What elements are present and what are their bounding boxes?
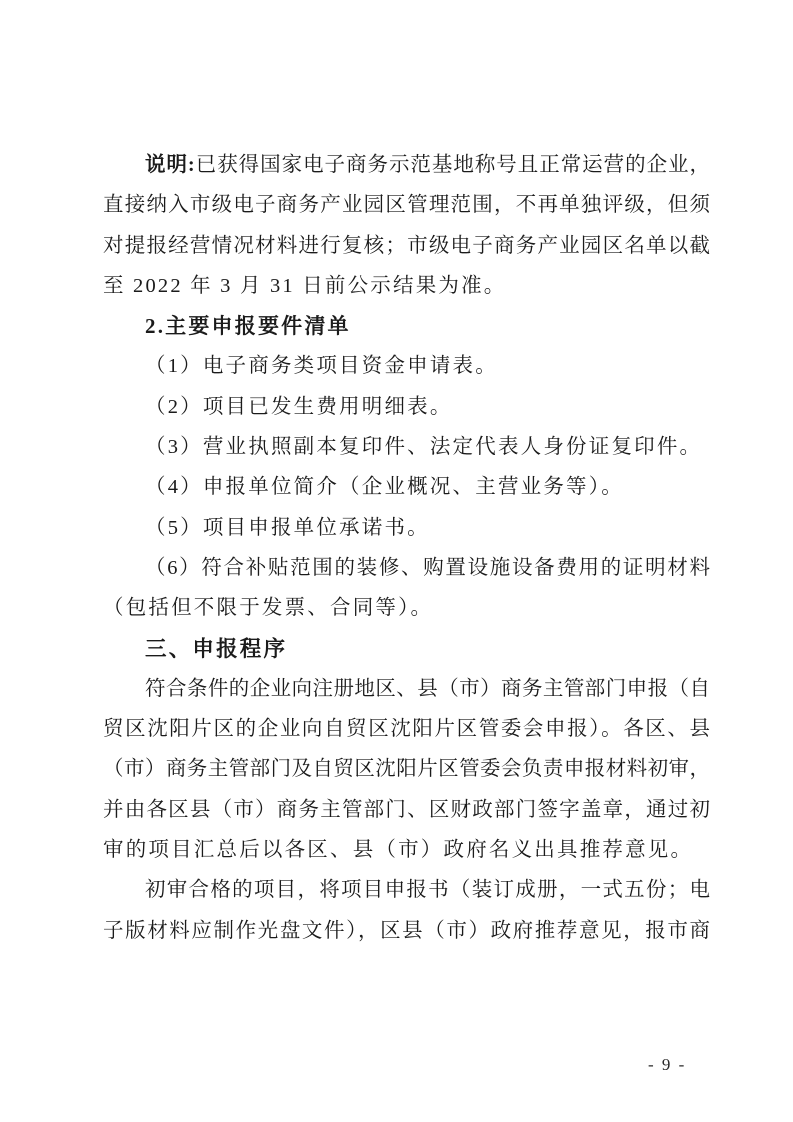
heading-requirements-list: 2.主要申报要件清单 <box>103 306 710 346</box>
procedure-line: 初审合格的项目，将项目申报书（装订成册，一式五份；电 <box>103 870 710 910</box>
requirement-item-line: （1）电子商务类项目资金申请表。 <box>103 346 710 386</box>
requirement-item-line: （4）申报单位简介（企业概况、主营业务等）。 <box>103 467 710 507</box>
note-lead: 说明: <box>145 154 195 176</box>
page-number: - 9 - <box>648 1051 686 1079</box>
note-paragraph-line: 对提报经营情况材料进行复核；市级电子商务产业园区名单以截 <box>103 226 710 266</box>
note-text: 已获得国家电子商务示范基地称号且正常运营的企业， <box>195 154 710 176</box>
procedure-line: （市）商务主管部门及自贸区沈阳片区管委会负责申报材料初审， <box>103 749 710 789</box>
procedure-line: 贸区沈阳片区的企业向自贸区沈阳片区管委会申报）。各区、县 <box>103 709 710 749</box>
heading-application-procedure: 三、申报程序 <box>103 629 710 669</box>
requirement-item-line: （包括但不限于发票、合同等）。 <box>103 588 710 628</box>
procedure-line: 并由各区县（市）商务主管部门、区财政部门签字盖章，通过初 <box>103 790 710 830</box>
requirement-item-line: （2）项目已发生费用明细表。 <box>103 387 710 427</box>
document-page: 说明:已获得国家电子商务示范基地称号且正常运营的企业， 直接纳入市级电子商务产业… <box>0 0 793 1122</box>
procedure-line: 子版材料应制作光盘文件），区县（市）政府推荐意见，报市商 <box>103 911 710 951</box>
procedure-line: 符合条件的企业向注册地区、县（市）商务主管部门申报（自 <box>103 669 710 709</box>
requirement-item-line: （5）项目申报单位承诺书。 <box>103 508 710 548</box>
requirement-item-line: （3）营业执照副本复印件、法定代表人身份证复印件。 <box>103 427 710 467</box>
note-paragraph-line: 说明:已获得国家电子商务示范基地称号且正常运营的企业， <box>103 145 710 185</box>
requirement-item-line: （6）符合补贴范围的装修、购置设施设备费用的证明材料 <box>103 548 710 588</box>
procedure-line: 审的项目汇总后以各区、县（市）政府名义出具推荐意见。 <box>103 830 710 870</box>
note-paragraph-line: 直接纳入市级电子商务产业园区管理范围，不再单独评级，但须 <box>103 185 710 225</box>
page-body: 说明:已获得国家电子商务示范基地称号且正常运营的企业， 直接纳入市级电子商务产业… <box>103 145 710 951</box>
note-paragraph-line: 至 2022 年 3 月 31 日前公示结果为准。 <box>103 266 710 306</box>
